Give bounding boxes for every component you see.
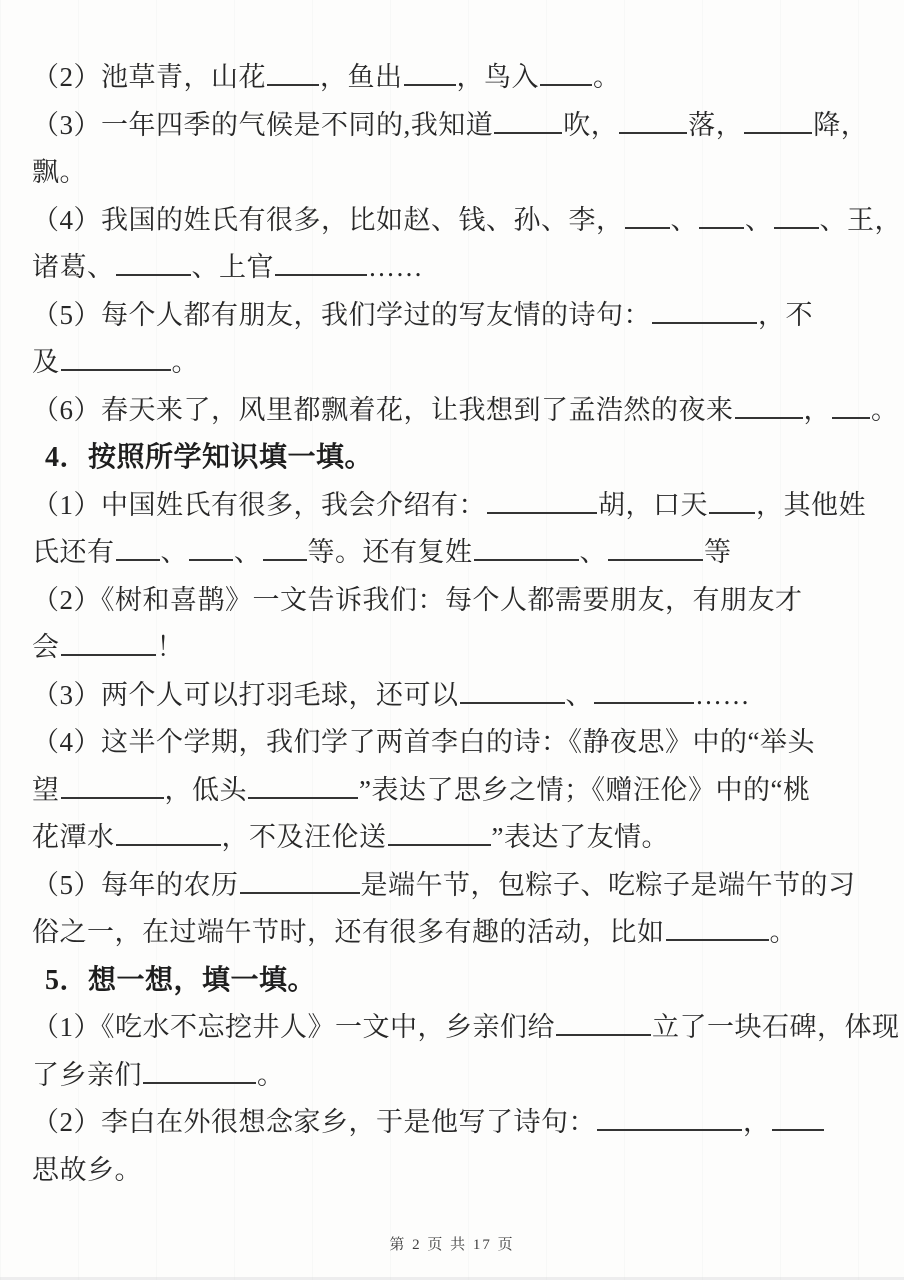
question-line: （4）这半个学期，我们学了两首李白的诗：《静夜思》中的“举头 — [32, 719, 890, 767]
text-run: （1）《吃水不忘挖井人》一文中，乡亲们给 — [32, 1012, 555, 1042]
fill-in-blank — [116, 247, 191, 276]
text-run: 俗之一，在过端午节时，还有很多有趣的活动，比如 — [32, 917, 665, 947]
text-run: ，鱼出 — [320, 62, 403, 92]
question-line: （5）每年的农历是端午节，包粽子、吃粽子是端午节的习 — [32, 862, 890, 910]
question-line: 俗之一，在过端午节时，还有很多有趣的活动，比如。 — [32, 909, 890, 957]
text-run: 。 — [257, 1060, 285, 1090]
text-run: （5）每个人都有朋友，我们学过的写友情的诗句： — [32, 300, 651, 330]
fill-in-blank — [487, 485, 597, 514]
fill-in-blank — [608, 532, 703, 561]
document-body: （2）池草青，山花，鱼出，鸟入。（3）一年四季的气候是不同的,我知道吹，落，降，… — [32, 54, 890, 1194]
fill-in-blank — [619, 105, 687, 134]
question-line: （1）中国姓氏有很多，我会介绍有：胡，口天，其他姓 — [32, 482, 890, 530]
text-run: （6）春天来了，风里都飘着花，让我想到了孟浩然的夜来 — [32, 395, 734, 425]
text-run: 、 — [671, 205, 699, 235]
fill-in-blank — [625, 200, 670, 229]
text-run: 了乡亲们 — [32, 1060, 142, 1090]
text-run: ”表达了友情。 — [492, 822, 669, 852]
fill-in-blank — [709, 485, 755, 514]
text-run: 、 — [161, 537, 189, 567]
fill-in-blank — [735, 390, 803, 419]
fill-in-blank — [61, 627, 156, 656]
section-heading: 5．想一想，填一填。 — [32, 957, 890, 1005]
fill-in-blank — [240, 865, 360, 894]
text-run: 。 — [871, 395, 899, 425]
fill-in-blank — [594, 675, 694, 704]
fill-in-blank — [61, 770, 164, 799]
question-line: （3）两个人可以打羽毛球，还可以、…… — [32, 672, 890, 720]
fill-in-blank — [189, 532, 233, 561]
text-run: （2）李白在外很想念家乡，于是他写了诗句： — [32, 1107, 596, 1137]
question-line: （2）《树和喜鹊》一文告诉我们：每个人都需要朋友，有朋友才 — [32, 577, 890, 625]
question-line: 思故乡。 — [32, 1147, 890, 1195]
text-run: 4．按照所学知识填一填。 — [45, 442, 373, 473]
fill-in-blank — [460, 675, 565, 704]
question-line: 氏还有、、等。还有复姓、等 — [32, 529, 890, 577]
text-run: 吹， — [563, 110, 618, 140]
text-run: （4）这半个学期，我们学了两首李白的诗：《静夜思》中的“举头 — [32, 727, 815, 757]
question-line: （1）《吃水不忘挖井人》一文中，乡亲们给立了一块石碑，体现 — [32, 1004, 890, 1052]
fill-in-blank — [275, 247, 367, 276]
fill-in-blank — [388, 817, 491, 846]
fill-in-blank — [652, 295, 757, 324]
text-run: （5）每年的农历 — [32, 870, 239, 900]
text-run: ，低头 — [165, 775, 248, 805]
text-run: 。 — [593, 62, 621, 92]
fill-in-blank — [494, 105, 562, 134]
question-line: （5）每个人都有朋友，我们学过的写友情的诗句：，不 — [32, 292, 890, 340]
text-run: 落， — [688, 110, 743, 140]
fill-in-blank — [774, 200, 819, 229]
text-run: 等 — [704, 537, 732, 567]
text-run: 、 — [234, 537, 262, 567]
fill-in-blank — [666, 912, 769, 941]
fill-in-blank — [267, 57, 319, 86]
text-run: 、上官 — [192, 252, 275, 282]
text-run: …… — [368, 252, 423, 282]
question-line: （2）李白在外很想念家乡，于是他写了诗句：， — [32, 1099, 890, 1147]
question-line: 花潭水，不及汪伦送”表达了友情。 — [32, 814, 890, 862]
fill-in-blank — [474, 532, 579, 561]
text-run: ，不 — [758, 300, 813, 330]
text-run: （2）《树和喜鹊》一文告诉我们：每个人都需要朋友，有朋友才 — [32, 585, 803, 615]
text-run: 飘。 — [32, 157, 87, 187]
question-line: 飘。 — [32, 149, 890, 197]
text-run: 降， — [813, 110, 868, 140]
text-run: 及 — [32, 347, 60, 377]
text-run: 立了一块石碑，体现 — [652, 1012, 900, 1042]
text-run: ！ — [157, 632, 185, 662]
fill-in-blank — [143, 1055, 256, 1084]
text-run: 诸葛、 — [32, 252, 115, 282]
fill-in-blank — [832, 390, 870, 419]
text-run: 、 — [566, 680, 594, 710]
section-heading: 4．按照所学知识填一填。 — [32, 434, 890, 482]
text-run: ， — [804, 395, 832, 425]
fill-in-blank — [744, 105, 812, 134]
text-run: 是端午节，包粽子、吃粽子是端午节的习 — [361, 870, 856, 900]
text-run: 望 — [32, 775, 60, 805]
fill-in-blank — [248, 770, 358, 799]
question-line: 望，低头”表达了思乡之情；《赠汪伦》中的“桃 — [32, 767, 890, 815]
text-run: 。 — [172, 347, 200, 377]
text-run: 氏还有 — [32, 537, 115, 567]
question-line: 会！ — [32, 624, 890, 672]
question-line: 诸葛、、上官…… — [32, 244, 890, 292]
question-line: （6）春天来了，风里都飘着花，让我想到了孟浩然的夜来，。 — [32, 387, 890, 435]
fill-in-blank — [540, 57, 592, 86]
text-run: 、 — [580, 537, 608, 567]
text-run: ，鸟入 — [457, 62, 540, 92]
fill-in-blank — [116, 817, 221, 846]
fill-in-blank — [772, 1102, 824, 1131]
text-run: ，其他姓 — [756, 490, 866, 520]
text-run: 、王， — [820, 205, 903, 235]
question-line: 及。 — [32, 339, 890, 387]
text-run: （3）一年四季的气候是不同的,我知道 — [32, 110, 493, 140]
text-run: …… — [695, 680, 750, 710]
text-run: 。 — [770, 917, 798, 947]
worksheet-page: （2）池草青，山花，鱼出，鸟入。（3）一年四季的气候是不同的,我知道吹，落，降，… — [0, 0, 904, 1280]
text-run: 会 — [32, 632, 60, 662]
page-footer: 第 2 页 共 17 页 — [0, 1233, 904, 1254]
fill-in-blank — [404, 57, 456, 86]
fill-in-blank — [556, 1007, 651, 1036]
fill-in-blank — [699, 200, 744, 229]
fill-in-blank — [61, 342, 171, 371]
text-run: ”表达了思乡之情；《赠汪伦》中的“桃 — [359, 775, 810, 805]
question-line: 了乡亲们。 — [32, 1052, 890, 1100]
text-run: （4）我国的姓氏有很多，比如赵、钱、孙、李， — [32, 205, 624, 235]
text-run: ，不及汪伦送 — [222, 822, 387, 852]
text-run: 、 — [745, 205, 773, 235]
text-run: 胡，口天 — [598, 490, 708, 520]
text-run: （3）两个人可以打羽毛球，还可以 — [32, 680, 459, 710]
question-line: （3）一年四季的气候是不同的,我知道吹，落，降， — [32, 102, 890, 150]
text-run: 等。还有复姓 — [308, 537, 473, 567]
text-run: （1）中国姓氏有很多，我会介绍有： — [32, 490, 486, 520]
question-line: （4）我国的姓氏有很多，比如赵、钱、孙、李，、、、王， — [32, 197, 890, 245]
text-run: 5．想一想，填一填。 — [45, 965, 316, 996]
fill-in-blank — [116, 532, 160, 561]
fill-in-blank — [597, 1102, 742, 1131]
fill-in-blank — [263, 532, 307, 561]
text-run: 思故乡。 — [32, 1155, 142, 1185]
text-run: ， — [743, 1107, 771, 1137]
text-run: 花潭水 — [32, 822, 115, 852]
text-run: （2）池草青，山花 — [32, 62, 266, 92]
question-line: （2）池草青，山花，鱼出，鸟入。 — [32, 54, 890, 102]
